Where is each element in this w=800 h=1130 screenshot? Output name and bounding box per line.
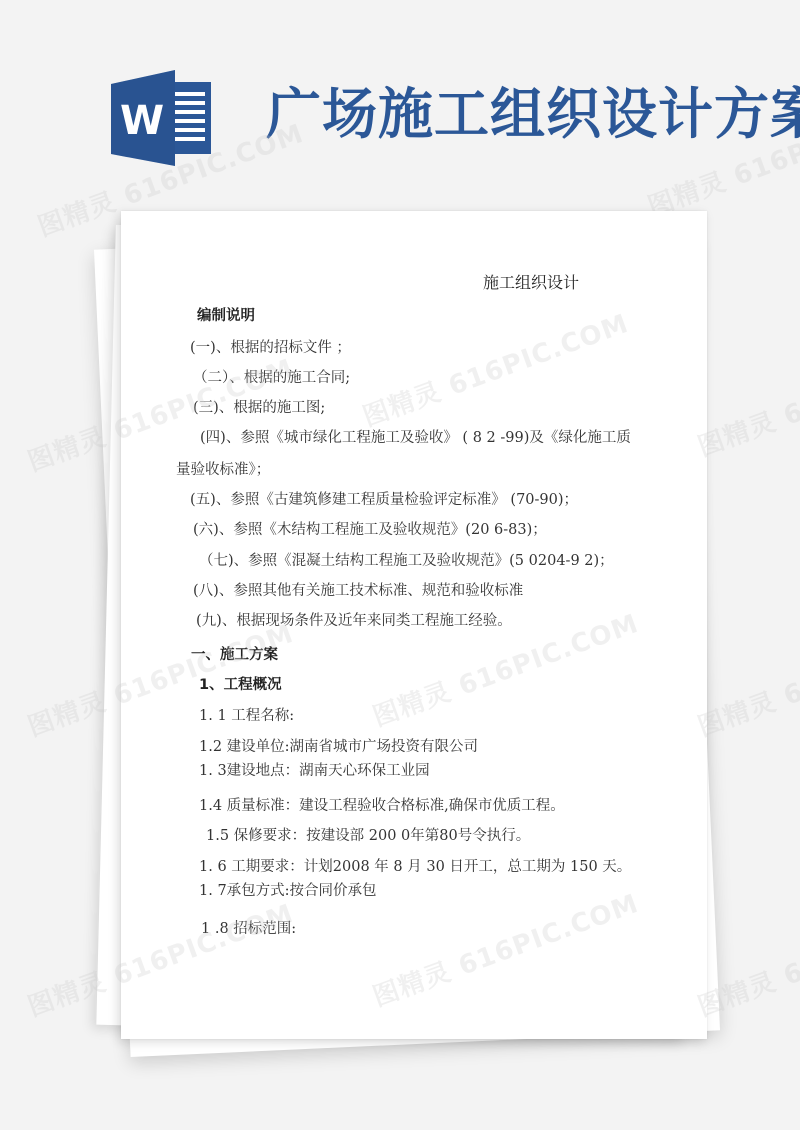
document-title: 施工组织设计	[483, 273, 579, 293]
overview-item: 1. 7承包方式:按合同价承包	[199, 881, 377, 901]
intro-item: (九)、根据现场条件及近年来同类工程施工经验。	[196, 611, 512, 631]
watermark: 图精灵 616PIC.COM	[692, 333, 800, 464]
overview-item: 1.2 建设单位:湖南省城市广场投资有限公司	[199, 737, 478, 757]
document-page: 施工组织设计 编制说明 (一)、根据的招标文件 ； （二）、根据的施工合同; (…	[121, 211, 707, 1039]
svg-text:W: W	[120, 98, 164, 144]
word-icon: W	[111, 70, 213, 166]
banner-title: 广场施工组织设计方案	[266, 78, 800, 150]
overview-item: 1 .8 招标范围:	[201, 919, 296, 939]
overview-item: 1. 6 工期要求：计划2008 年 8 月 30 日开工，总工期为 150 天…	[199, 857, 631, 877]
intro-item: (一)、根据的招标文件 ；	[190, 338, 351, 358]
intro-item: (六)、参照《木结构工程施工及验收规范》(20 6-83)；	[193, 520, 547, 540]
intro-item: (四)、参照《城市绿化工程施工及验收》 ( 8 2 -99)及《绿化施工质	[200, 428, 631, 448]
intro-item: (三)、根据的施工图;	[193, 398, 325, 418]
intro-item: （七)、参照《混凝土结构工程施工及验收规范》(5 0204-9 2)；	[199, 551, 614, 571]
overview-item: 1.5 保修要求：按建设部 200 0年第80号令执行。	[206, 826, 530, 846]
intro-item: (五)、参照《古建筑修建工程质量检验评定标准》 (70-90)；	[190, 490, 578, 510]
overview-item: 1.4 质量标准：建设工程验收合格标准,确保市优质工程。	[199, 796, 565, 816]
subsection-heading-overview: 1、工程概况	[199, 675, 282, 695]
watermark: 图精灵 616PIC.COM	[692, 613, 800, 744]
intro-item: （二）、根据的施工合同;	[193, 368, 350, 388]
intro-item: (八)、参照其他有关施工技术标准、规范和验收标准	[193, 581, 523, 601]
section-heading-construction-plan: 一、施工方案	[191, 645, 278, 665]
overview-item: 1. 1 工程名称:	[199, 706, 294, 726]
intro-item-continued: 量验收标准》；	[176, 460, 270, 480]
section-heading-intro: 编制说明	[197, 306, 255, 326]
overview-item: 1. 3建设地点：湖南天心环保工业园	[199, 761, 430, 781]
